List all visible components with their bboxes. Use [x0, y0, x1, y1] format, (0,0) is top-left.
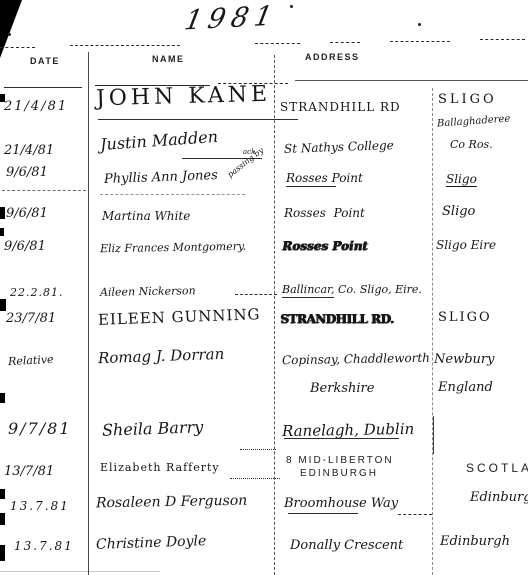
ledger-rule	[390, 41, 450, 42]
ledger-rule	[255, 43, 300, 44]
header-rule	[295, 80, 528, 81]
column-header-name: NAME	[152, 54, 185, 64]
ledger-rule	[235, 294, 277, 295]
entry-name: Phyllis Ann Jones	[104, 168, 218, 187]
column-header-date: DATE	[30, 56, 60, 66]
ledger-rule	[0, 571, 160, 572]
entry-region: Sligo	[446, 172, 477, 186]
entry-address: 8 MID-LIBERTON	[286, 455, 394, 466]
entry-date: 9/7/81	[8, 419, 72, 438]
scan-edge-mark	[0, 545, 5, 561]
guestbook-scan-page: 1981 DATE NAME ADDRESS 21/4/81 JOHN KANE…	[0, 0, 528, 575]
signature-underline	[286, 186, 336, 187]
entry-address: STRANDHILL RD	[280, 100, 401, 114]
ledger-rule	[0, 47, 35, 48]
entry-name: Romag J. Dorran	[98, 345, 225, 367]
scan-edge-mark	[0, 393, 5, 403]
year-heading: 1981	[182, 0, 281, 36]
entry-date: 13.7.81	[10, 499, 70, 513]
entry-date: 22.2.81.	[10, 286, 63, 299]
ledger-rule	[398, 514, 432, 515]
entry-address: STRANDHILL RD.	[280, 312, 393, 326]
entry-region: SCOTLAND	[466, 461, 528, 475]
entry-date: 13.7.81	[14, 539, 74, 553]
entry-address: Donally Crescent	[290, 538, 403, 553]
entry-name: Rosaleen D Ferguson	[96, 493, 247, 512]
entry-region: England	[438, 380, 493, 395]
entry-address: Broomhouse Way	[284, 496, 398, 511]
entry-region: Sligo	[442, 204, 475, 219]
signature-underline	[288, 513, 358, 514]
ledger-rule	[70, 45, 180, 46]
header-rule	[4, 87, 82, 88]
signature-underline	[98, 119, 298, 120]
entry-address: Ranelagh, Dublin	[282, 420, 414, 440]
entry-region: Co Ros.	[450, 138, 493, 151]
entry-address: Ballincar, Co. Sligo, Eire.	[282, 283, 422, 296]
ink-dot	[290, 5, 293, 8]
entry-date: 13/7/81	[4, 464, 54, 479]
entry-name: Christine Doyle	[96, 533, 207, 553]
entry-region: Edinburgh	[440, 534, 510, 549]
entry-date: 9/6/81	[4, 239, 46, 254]
scan-corner-artifact	[0, 0, 22, 58]
scan-edge-mark	[0, 489, 5, 499]
ledger-rule	[330, 42, 360, 43]
entry-address: St Nathys College	[284, 138, 394, 156]
ledger-rule	[2, 190, 86, 191]
entry-address: Rosses Point	[284, 206, 365, 220]
ledger-rule	[230, 478, 280, 479]
scan-edge-mark	[0, 513, 5, 525]
ledger-rule	[480, 39, 525, 40]
entry-date: 9/6/81	[6, 206, 48, 221]
entry-name: Sheila Barry	[102, 417, 204, 440]
entry-region: Ballaghaderee	[437, 113, 511, 129]
entry-region: SLIGO	[438, 310, 492, 325]
signature-underline	[282, 297, 334, 298]
entry-address-line2: Berkshire	[310, 381, 374, 396]
entry-date: 21/4/81	[4, 99, 68, 114]
entry-address-line2: EDINBURGH	[300, 468, 378, 479]
entry-address: Rosses Point	[282, 239, 368, 253]
column-divider-date-name	[88, 52, 89, 575]
entry-date: 21/4/81	[4, 143, 54, 158]
entry-date: 9/6/81	[6, 165, 48, 180]
column-header-address: ADDRESS	[305, 52, 360, 62]
entry-address: Copinsay, Chaddleworth	[282, 351, 430, 368]
scan-edge-mark	[0, 299, 6, 311]
entry-region: Sligo Eire	[436, 238, 496, 252]
entry-date: Relative	[8, 353, 54, 368]
ledger-rule	[100, 194, 245, 195]
entry-name: Elizabeth Rafferty	[100, 461, 220, 474]
entry-region: Newbury	[434, 352, 494, 367]
column-divider-segment	[433, 416, 434, 454]
scan-edge-mark	[0, 207, 5, 219]
entry-address: Rosses Point	[286, 171, 363, 185]
scan-edge-mark	[0, 228, 4, 236]
entry-name: JOHN KANE	[96, 82, 272, 112]
entry-name: Martina White	[102, 209, 190, 223]
entry-region: SLIGO	[438, 92, 497, 107]
entry-name: Eliz Frances Montgomery.	[100, 240, 246, 256]
entry-date: 23/7/81	[6, 311, 56, 326]
column-divider-address-region	[432, 88, 433, 575]
entry-name: Justin Madden	[99, 127, 218, 154]
ledger-rule	[240, 449, 276, 450]
entry-name: Aileen Nickerson	[100, 284, 196, 299]
column-divider-name-address	[274, 55, 275, 575]
entry-region: Edinburgh	[470, 490, 528, 505]
entry-name: EILEEN GUNNING	[98, 305, 261, 329]
ink-dot	[418, 23, 421, 26]
ink-dot	[8, 33, 11, 36]
